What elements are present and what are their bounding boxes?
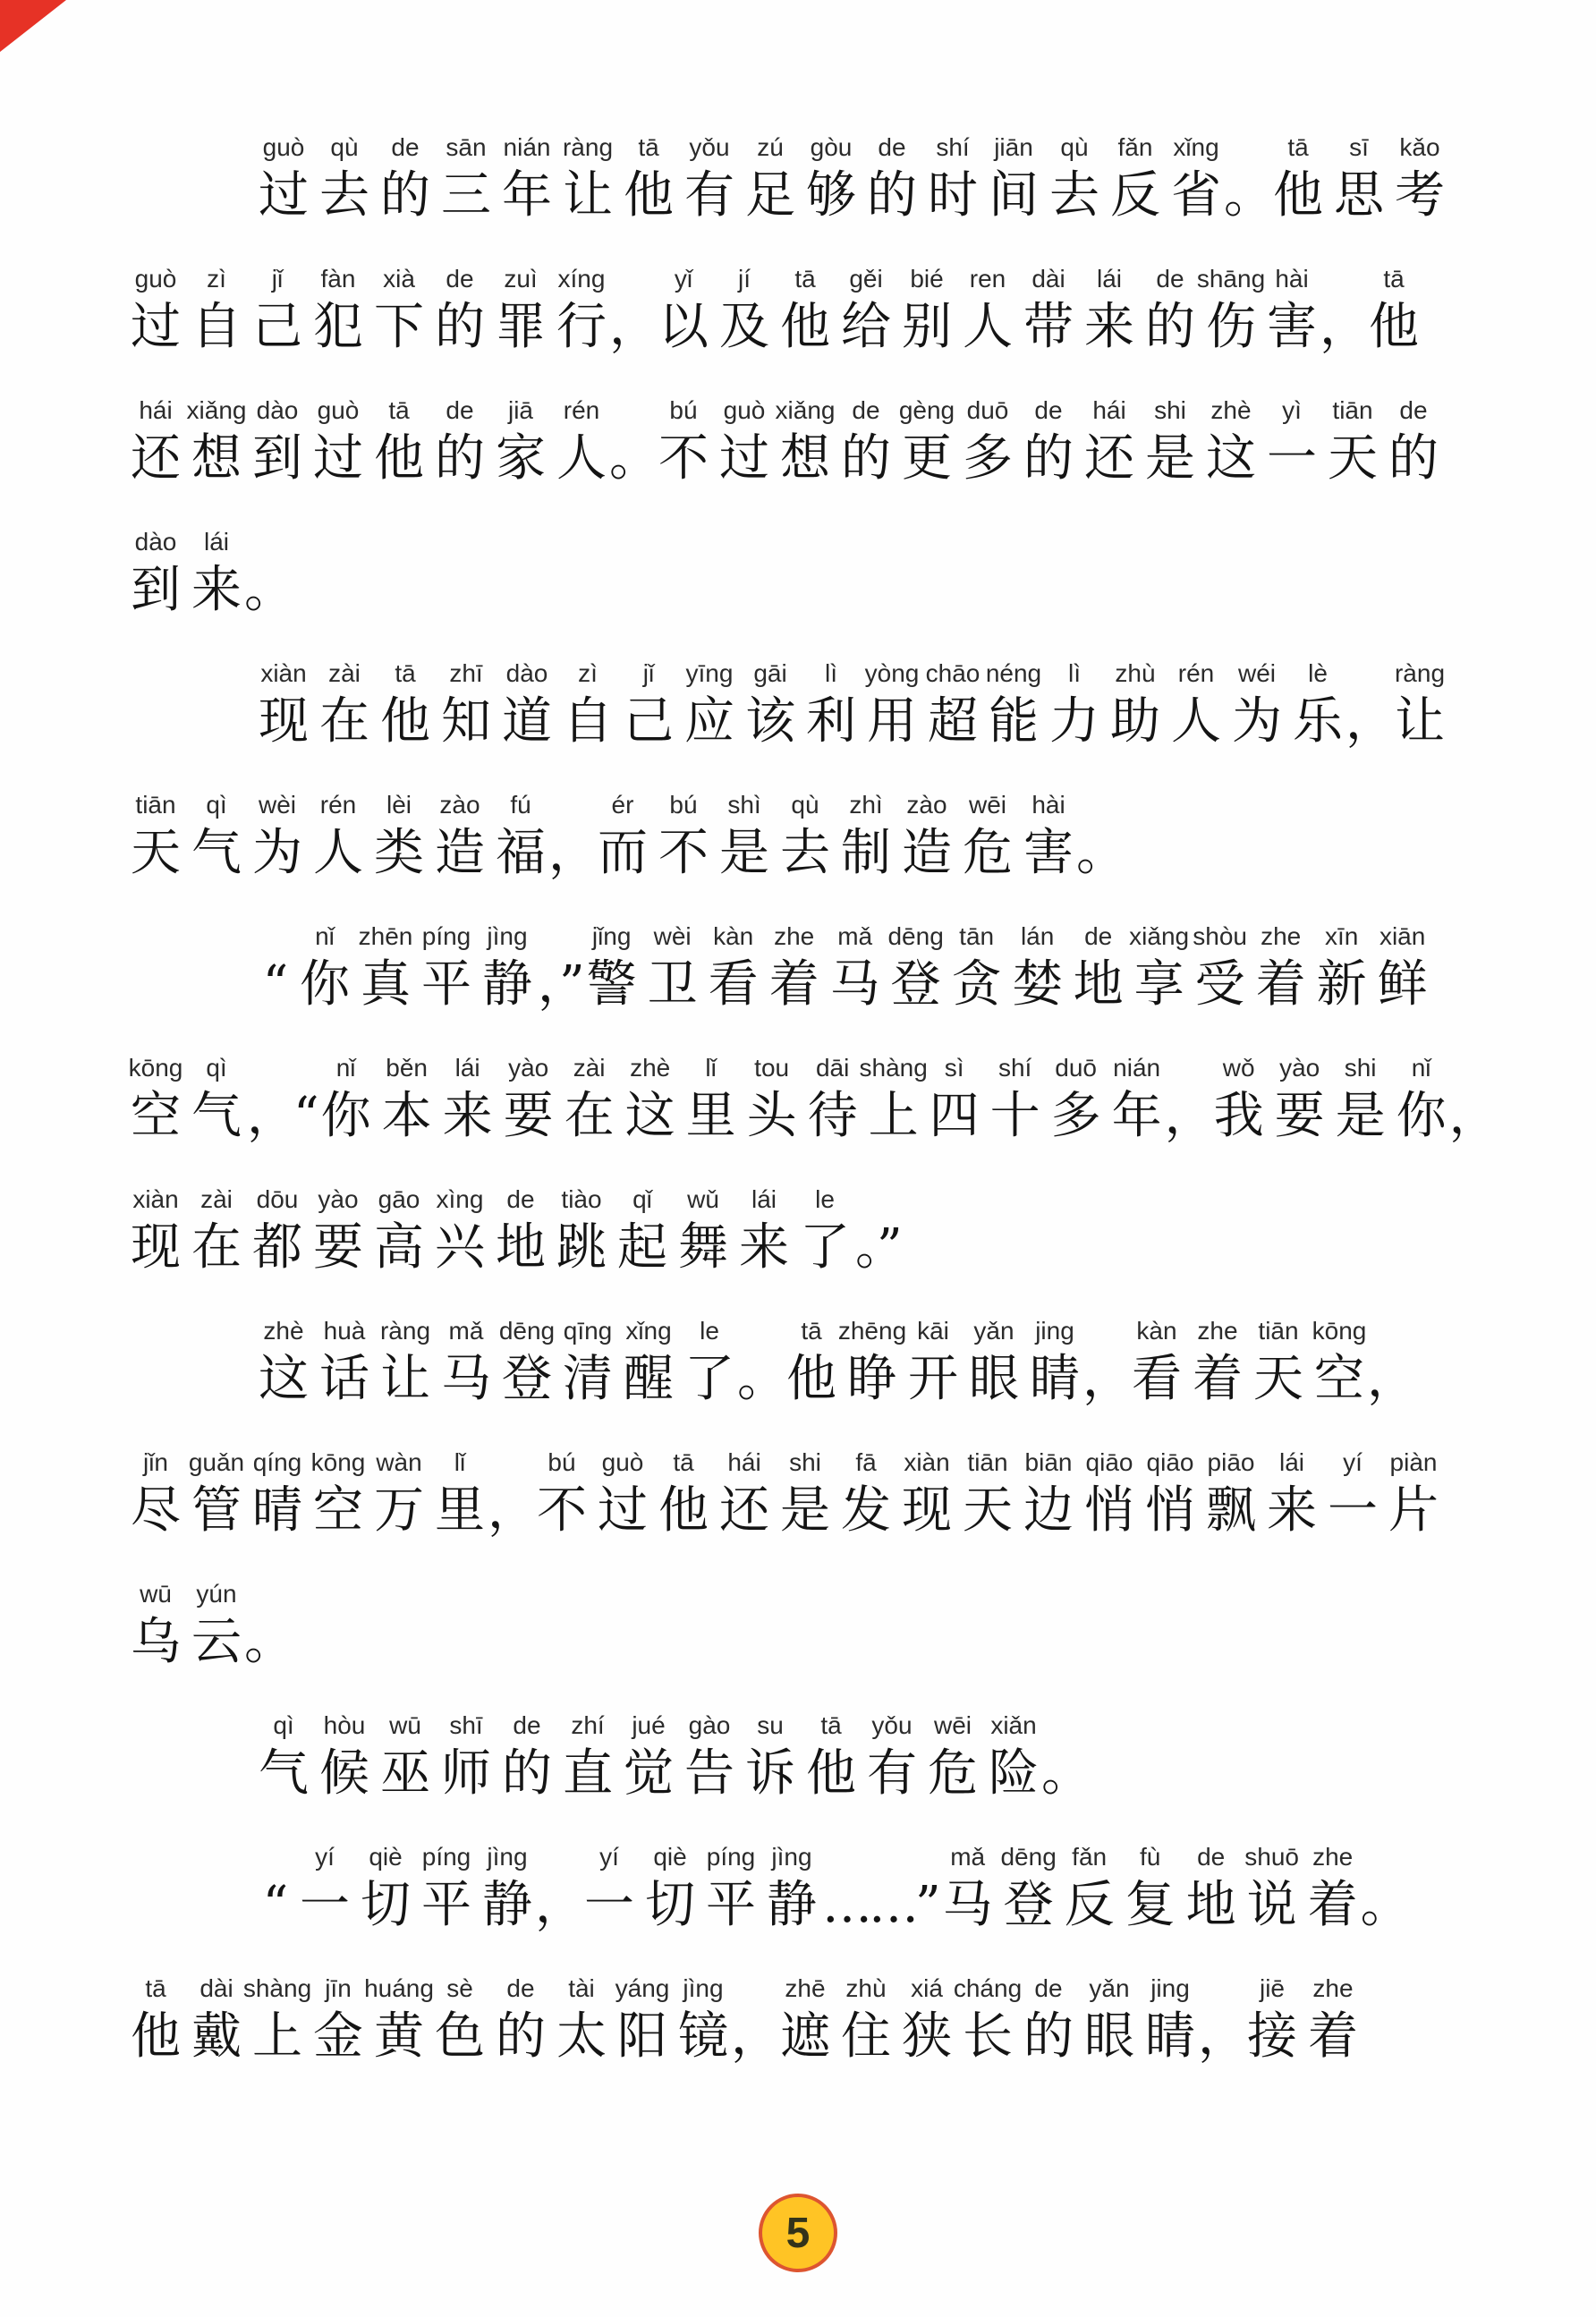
hanzi-character: 来: [1084, 294, 1134, 361]
hanzi-character: 间: [989, 163, 1039, 229]
hanzi-character: 接: [1247, 2004, 1297, 2070]
text-unit: xiǎng享: [1129, 921, 1190, 1018]
text-unit: tài太: [551, 1973, 612, 2070]
hanzi-character: 太: [556, 2004, 607, 2070]
text-unit: gào告: [679, 1710, 740, 1807]
text-unit: gāi该: [740, 658, 801, 755]
pinyin-syllable: shàng: [243, 1973, 311, 2004]
text-unit: lái来: [1079, 264, 1140, 361]
pinyin-syllable: dāi: [816, 1053, 849, 1083]
hanzi-character: 自: [191, 294, 242, 361]
hanzi-character: 年: [1112, 1083, 1162, 1150]
text-unit: zì自: [186, 264, 247, 361]
hanzi-character: 给: [841, 294, 891, 361]
pinyin-syllable: guò: [724, 395, 766, 426]
pinyin-syllable: běn: [386, 1053, 428, 1083]
text-unit: de的: [490, 1973, 551, 2070]
text-unit: shì是: [714, 790, 775, 887]
hanzi-character: 鲜: [1378, 952, 1428, 1018]
hanzi-character: 来: [191, 557, 242, 624]
text-unit: shi是: [1330, 1053, 1391, 1150]
pinyin-syllable: zhù: [1115, 658, 1155, 689]
pinyin-syllable: yǎn: [973, 1316, 1014, 1346]
text-line: “yí一qiè切píng平jìng静，yí一qiè切píng平jìng静……”m…: [253, 1842, 1485, 1939]
text-unit: sī思: [1329, 132, 1389, 229]
hanzi-character: 去: [319, 163, 369, 229]
pinyin-syllable: shuō: [1244, 1842, 1299, 1872]
pinyin-syllable: sān: [446, 132, 486, 163]
hanzi-character: 人: [1171, 689, 1221, 755]
hanzi-character: 新: [1317, 952, 1367, 1018]
hanzi-character: 去: [1049, 163, 1099, 229]
pinyin-syllable: jīn: [325, 1973, 352, 2004]
text-unit: zhēn真: [355, 921, 416, 1018]
text-unit: xìng兴: [429, 1184, 490, 1281]
text-unit: piāo飘: [1201, 1447, 1261, 1544]
hanzi-character: 天: [1253, 1346, 1303, 1413]
hanzi-character: 切: [361, 1872, 411, 1939]
text-unit: rén人: [1166, 658, 1227, 755]
hanzi-character: 发: [841, 1478, 891, 1544]
text-unit: fǎn反: [1059, 1842, 1120, 1939]
hanzi-character: 在: [319, 689, 369, 755]
pinyin-syllable: lái: [455, 1053, 480, 1083]
text-unit: ràng让: [375, 1316, 436, 1413]
pinyin-syllable: qì: [206, 790, 226, 820]
pinyin-syllable: zhí: [571, 1710, 604, 1741]
text-unit: jìng静: [761, 1842, 822, 1939]
hanzi-character: 舞: [678, 1215, 728, 1281]
pinyin-syllable: zhēng: [838, 1316, 906, 1346]
text-unit: píng平: [416, 1842, 477, 1939]
pinyin-syllable: huáng: [364, 1973, 434, 2004]
text-unit: lái来: [1261, 1447, 1322, 1544]
hanzi-character: 让: [1395, 689, 1445, 755]
hanzi-character: 睛: [1145, 2004, 1195, 2070]
hanzi-character: 类: [374, 820, 424, 887]
hanzi-character: 开: [908, 1346, 958, 1413]
text-unit: tā他: [781, 1316, 842, 1413]
hanzi-character: 悄: [1084, 1478, 1134, 1544]
hanzi-character: 万: [374, 1478, 424, 1544]
pinyin-syllable: mǎ: [449, 1316, 484, 1346]
text-unit: guò过: [253, 132, 314, 229]
text-unit: zhēng睁: [842, 1316, 903, 1413]
pinyin-syllable: jiān: [994, 132, 1033, 163]
text-unit: zhe着: [1187, 1316, 1248, 1413]
hanzi-character: 师: [441, 1741, 491, 1807]
pinyin-syllable: xīn: [1325, 921, 1358, 952]
hanzi-character: 的: [502, 1741, 552, 1807]
text-unit: yīng应: [679, 658, 740, 755]
text-unit: de的: [375, 132, 436, 229]
hanzi-character: 片: [1388, 1478, 1439, 1544]
text-unit: tou头: [742, 1053, 802, 1150]
text-unit: tiān天: [1322, 395, 1383, 492]
pinyin-syllable: shi: [789, 1447, 821, 1478]
pinyin-syllable: zhì: [849, 790, 882, 820]
pinyin-syllable: hái: [1092, 395, 1125, 426]
pinyin-syllable: gāo: [378, 1184, 420, 1215]
pinyin-syllable: píng: [422, 1842, 471, 1872]
hanzi-character: 着: [1193, 1346, 1243, 1413]
pinyin-syllable: huà: [324, 1316, 366, 1346]
pinyin-syllable: tiān: [135, 790, 175, 820]
hanzi-character: 登: [502, 1346, 552, 1413]
story-text-block: guò过qù去de的sān三nián年ràng让tā他yǒu有zú足gòu够de…: [125, 132, 1485, 2105]
hanzi-character: 制: [841, 820, 891, 887]
hanzi-character: 色: [435, 2004, 485, 2070]
pinyin-syllable: rén: [1178, 658, 1214, 689]
text-unit: de的: [429, 395, 490, 492]
hanzi-character: 。: [1041, 1741, 1088, 1807]
pinyin-syllable: wū: [389, 1710, 421, 1741]
text-unit: běn本: [377, 1053, 437, 1150]
text-unit: hài害: [1261, 264, 1322, 361]
text-unit: shi是: [775, 1447, 836, 1544]
punctuation-unit: ……”: [822, 1842, 938, 1939]
pinyin-syllable: lái: [204, 527, 229, 557]
text-unit: xiàn现: [125, 1184, 186, 1281]
text-unit: dào道: [497, 658, 557, 755]
pinyin-syllable: zì: [578, 658, 598, 689]
pinyin-syllable: wēi: [969, 790, 1006, 820]
hanzi-character: 平: [421, 952, 471, 1018]
pinyin-syllable: yún: [196, 1579, 236, 1609]
hanzi-character: 眼: [1084, 2004, 1134, 2070]
text-unit: tiào跳: [551, 1184, 612, 1281]
pinyin-syllable: jing: [1150, 1973, 1190, 2004]
hanzi-character: 婪: [1013, 952, 1063, 1018]
hanzi-character: 伤: [1206, 294, 1256, 361]
hanzi-character: 直: [563, 1741, 613, 1807]
pinyin-syllable: tiān: [1258, 1316, 1298, 1346]
pinyin-syllable: piāo: [1208, 1447, 1255, 1478]
pinyin-syllable: jìng: [683, 1973, 723, 2004]
text-unit: zhe着: [1251, 921, 1312, 1018]
pinyin-syllable: kōng: [311, 1447, 366, 1478]
hanzi-character: 现: [259, 689, 309, 755]
punctuation-unit: ，: [1348, 658, 1389, 755]
pinyin-syllable: dào: [135, 527, 177, 557]
text-unit: guò过: [592, 1447, 653, 1544]
pinyin-syllable: wǒ: [1223, 1053, 1255, 1083]
pinyin-syllable: zú: [757, 132, 784, 163]
pinyin-syllable: gèng: [899, 395, 955, 426]
hanzi-character: 让: [563, 163, 613, 229]
pinyin-syllable: ràng: [1395, 658, 1445, 689]
text-unit: néng能: [983, 658, 1044, 755]
hanzi-character: 醒: [624, 1346, 674, 1413]
text-unit: yǐ以: [653, 264, 714, 361]
pinyin-syllable: sī: [1349, 132, 1369, 163]
pinyin-syllable: jǐn: [143, 1447, 168, 1478]
text-unit: de的: [1383, 395, 1444, 492]
hanzi-character: 警: [587, 952, 637, 1018]
hanzi-character: 静: [482, 952, 532, 1018]
text-unit: xiàn现: [253, 658, 314, 755]
hanzi-character: 犯: [313, 294, 363, 361]
hanzi-character: 还: [719, 1478, 769, 1544]
pinyin-syllable: tā: [820, 1710, 841, 1741]
page-number-badge: 5: [759, 2194, 837, 2272]
text-unit: de地: [1181, 1842, 1242, 1939]
pinyin-syllable: ér: [612, 790, 634, 820]
hanzi-character: ，: [1346, 689, 1392, 755]
hanzi-character: 是: [1336, 1083, 1386, 1150]
text-unit: fù复: [1120, 1842, 1181, 1939]
text-unit: xíng行: [551, 264, 612, 361]
hanzi-character: 别: [902, 294, 952, 361]
text-unit: dēng登: [497, 1316, 557, 1413]
hanzi-character: 想: [780, 426, 830, 492]
text-unit: nǐ你: [294, 921, 355, 1018]
pinyin-syllable: yǒu: [689, 132, 729, 163]
punctuation-unit: “: [253, 1842, 294, 1939]
hanzi-character: 。: [244, 1609, 291, 1676]
text-unit: qù去: [1044, 132, 1105, 229]
text-unit: wǔ舞: [673, 1184, 734, 1281]
pinyin-syllable: yǐ: [675, 264, 692, 294]
pinyin-syllable: dēng: [887, 921, 943, 952]
hanzi-character: 晴: [252, 1478, 302, 1544]
text-unit: shàng上: [247, 1973, 308, 2070]
hanzi-character: 到: [131, 557, 181, 624]
text-unit: tiān天: [125, 790, 186, 887]
text-unit: jiā家: [490, 395, 551, 492]
text-line: “nǐ你zhēn真píng平jìng静，”jǐng警wèi卫kàn看zhe着mǎ…: [253, 921, 1485, 1018]
pinyin-syllable: zào: [439, 790, 480, 820]
text-unit: de地: [1068, 921, 1129, 1018]
text-unit: jìng静: [477, 921, 538, 1018]
punctuation-unit: ，: [1370, 1316, 1411, 1413]
hanzi-character: 马: [943, 1872, 993, 1939]
pinyin-syllable: yáng: [615, 1973, 670, 2004]
pinyin-syllable: dēng: [499, 1316, 555, 1346]
text-unit: jí及: [714, 264, 775, 361]
pinyin-syllable: fù: [1140, 1842, 1160, 1872]
hanzi-character: 不: [658, 426, 709, 492]
text-unit: zhè这: [620, 1053, 681, 1150]
text-unit: yǒu有: [862, 1710, 922, 1807]
pinyin-syllable: xìng: [437, 1184, 484, 1215]
text-unit: xiàn现: [896, 1447, 957, 1544]
hanzi-character: “: [263, 1872, 285, 1939]
pinyin-syllable: de: [878, 132, 905, 163]
text-unit: xiǎng想: [775, 395, 836, 492]
hanzi-character: 要: [504, 1083, 554, 1150]
text-unit: ér而: [592, 790, 653, 887]
hanzi-character: 登: [891, 952, 941, 1018]
pinyin-syllable: qù: [791, 790, 819, 820]
punctuation-unit: 。: [740, 1316, 781, 1413]
hanzi-character: 多: [1051, 1083, 1101, 1150]
text-unit: jìng静: [477, 1842, 538, 1939]
pinyin-syllable: hái: [139, 395, 172, 426]
hanzi-character: 空: [313, 1478, 363, 1544]
text-unit: yí一: [1322, 1447, 1383, 1544]
hanzi-character: 现: [902, 1478, 952, 1544]
text-unit: duō多: [1046, 1053, 1107, 1150]
text-unit: lì力: [1044, 658, 1105, 755]
hanzi-character: 。: [737, 1346, 784, 1413]
pinyin-syllable: de: [1197, 1842, 1225, 1872]
text-unit: wàn万: [369, 1447, 429, 1544]
hanzi-character: 看: [1132, 1346, 1182, 1413]
text-unit: zì自: [557, 658, 618, 755]
hanzi-character: 天: [131, 820, 181, 887]
pinyin-syllable: xiǎn: [990, 1710, 1036, 1741]
hanzi-character: 还: [1084, 426, 1134, 492]
hanzi-character: ，“: [247, 1083, 316, 1150]
hanzi-character: 想: [191, 426, 242, 492]
text-unit: zhē遮: [775, 1973, 836, 2070]
pinyin-syllable: tā: [673, 1447, 693, 1478]
hanzi-character: 他: [131, 2004, 181, 2070]
text-unit: guò过: [308, 395, 369, 492]
text-unit: de的: [862, 132, 922, 229]
punctuation-unit: 。: [1363, 1842, 1405, 1939]
hanzi-character: 到: [252, 426, 302, 492]
page-number: 5: [786, 2209, 811, 2258]
text-unit: tā他: [653, 1447, 714, 1544]
hanzi-character: 知: [441, 689, 491, 755]
hanzi-character: 人: [963, 294, 1013, 361]
hanzi-character: 有: [684, 163, 734, 229]
pinyin-syllable: zì: [207, 264, 226, 294]
pinyin-syllable: lǐ: [705, 1053, 716, 1083]
pinyin-syllable: xiàn: [904, 1447, 949, 1478]
hanzi-character: 这: [259, 1346, 309, 1413]
pinyin-syllable: yǎn: [1089, 1973, 1129, 2004]
text-unit: tā他: [775, 264, 836, 361]
text-unit: zhù助: [1105, 658, 1166, 755]
pinyin-syllable: shi: [1345, 1053, 1377, 1083]
text-line: kōng空qì气，“nǐ你běn本lái来yào要zài在zhè这lǐ里tou头…: [125, 1053, 1485, 1150]
hanzi-character: 要: [1275, 1083, 1325, 1150]
hanzi-character: 管: [191, 1478, 242, 1544]
text-unit: dào到: [125, 527, 186, 624]
text-unit: qù去: [775, 790, 836, 887]
pinyin-syllable: nǐ: [1412, 1053, 1431, 1083]
hanzi-character: 是: [719, 820, 769, 887]
hanzi-character: 己: [252, 294, 302, 361]
text-unit: bú不: [653, 395, 714, 492]
pinyin-syllable: xià: [383, 264, 415, 294]
pinyin-syllable: guò: [318, 395, 360, 426]
pinyin-syllable: tā: [801, 1316, 821, 1346]
hanzi-character: 的: [435, 294, 485, 361]
text-unit: shāng伤: [1201, 264, 1261, 361]
hanzi-character: 一: [1267, 426, 1317, 492]
text-unit: nián年: [497, 132, 557, 229]
pinyin-syllable: chāo: [926, 658, 981, 689]
punctuation-unit: ，: [1452, 1053, 1493, 1150]
hanzi-character: 害: [1023, 820, 1074, 887]
pinyin-syllable: de: [852, 395, 879, 426]
pinyin-syllable: píng: [707, 1842, 756, 1872]
pinyin-syllable: hài: [1275, 264, 1308, 294]
text-unit: lái来: [186, 527, 247, 624]
hanzi-character: 眼: [969, 1346, 1019, 1413]
pinyin-syllable: shí: [998, 1053, 1031, 1083]
text-unit: tā他: [375, 658, 436, 755]
text-unit: huà话: [314, 1316, 375, 1413]
pinyin-syllable: wéi: [1238, 658, 1276, 689]
text-unit: hái还: [714, 1447, 775, 1544]
pinyin-syllable: mǎ: [950, 1842, 985, 1872]
hanzi-character: 他: [780, 294, 830, 361]
text-unit: tā他: [125, 1973, 186, 2070]
text-unit: hài害: [1018, 790, 1079, 887]
text-unit: dēng登: [886, 921, 947, 1018]
pinyin-syllable: guò: [602, 1447, 644, 1478]
hanzi-character: 着: [1256, 952, 1306, 1018]
text-unit: zhí直: [557, 1710, 618, 1807]
text-unit: qiāo悄: [1079, 1447, 1140, 1544]
text-line: tā他dài戴shàng上jīn金huáng黄sè色de的tài太yáng阳jì…: [125, 1973, 1485, 2070]
hanzi-character: ，: [488, 1478, 534, 1544]
pinyin-syllable: zài: [200, 1184, 233, 1215]
pinyin-syllable: de: [506, 1184, 534, 1215]
hanzi-character: 四: [930, 1083, 980, 1150]
hanzi-character: 空: [1314, 1346, 1364, 1413]
hanzi-character: 黄: [374, 2004, 424, 2070]
text-unit: cháng长: [957, 1973, 1018, 2070]
pinyin-syllable: zhēn: [359, 921, 413, 952]
text-unit: lǐ里: [429, 1447, 490, 1544]
hanzi-character: 是: [1145, 426, 1195, 492]
hanzi-character: 话: [319, 1346, 369, 1413]
hanzi-character: 马: [441, 1346, 491, 1413]
pinyin-syllable: tā: [388, 395, 409, 426]
pinyin-syllable: qù: [330, 132, 358, 163]
text-unit: nǐ你: [316, 1053, 377, 1150]
text-unit: yáng阳: [612, 1973, 673, 2070]
text-unit: xiǎn险: [983, 1710, 1044, 1807]
hanzi-character: 诉: [745, 1741, 795, 1807]
hanzi-character: 危: [963, 820, 1013, 887]
pinyin-syllable: zhe: [774, 921, 814, 952]
pinyin-syllable: de: [1084, 921, 1112, 952]
hanzi-character: 天: [963, 1478, 1013, 1544]
text-unit: jing睛: [1024, 1316, 1085, 1413]
hanzi-character: 多: [963, 426, 1013, 492]
text-unit: shòu受: [1190, 921, 1251, 1018]
text-unit: zhè这: [253, 1316, 314, 1413]
hanzi-character: 还: [131, 426, 181, 492]
punctuation-unit: ，: [1322, 264, 1363, 361]
text-unit: le了: [679, 1316, 740, 1413]
hanzi-character: ，: [1165, 1083, 1211, 1150]
text-unit: hái还: [1079, 395, 1140, 492]
text-unit: yào要: [1269, 1053, 1330, 1150]
hanzi-character: 而: [598, 820, 648, 887]
text-unit: guò过: [714, 395, 775, 492]
text-unit: fú福: [490, 790, 551, 887]
pinyin-syllable: de: [513, 1710, 540, 1741]
pinyin-syllable: qiè: [653, 1842, 686, 1872]
hanzi-character: 不: [658, 820, 709, 887]
text-unit: bú不: [531, 1447, 592, 1544]
pinyin-syllable: dài: [199, 1973, 233, 2004]
text-unit: jǐng警: [582, 921, 642, 1018]
pinyin-syllable: bú: [669, 395, 697, 426]
text-unit: tiān天: [957, 1447, 1018, 1544]
hanzi-character: 的: [380, 163, 430, 229]
pinyin-syllable: fā: [855, 1447, 876, 1478]
hanzi-character: 时: [928, 163, 978, 229]
